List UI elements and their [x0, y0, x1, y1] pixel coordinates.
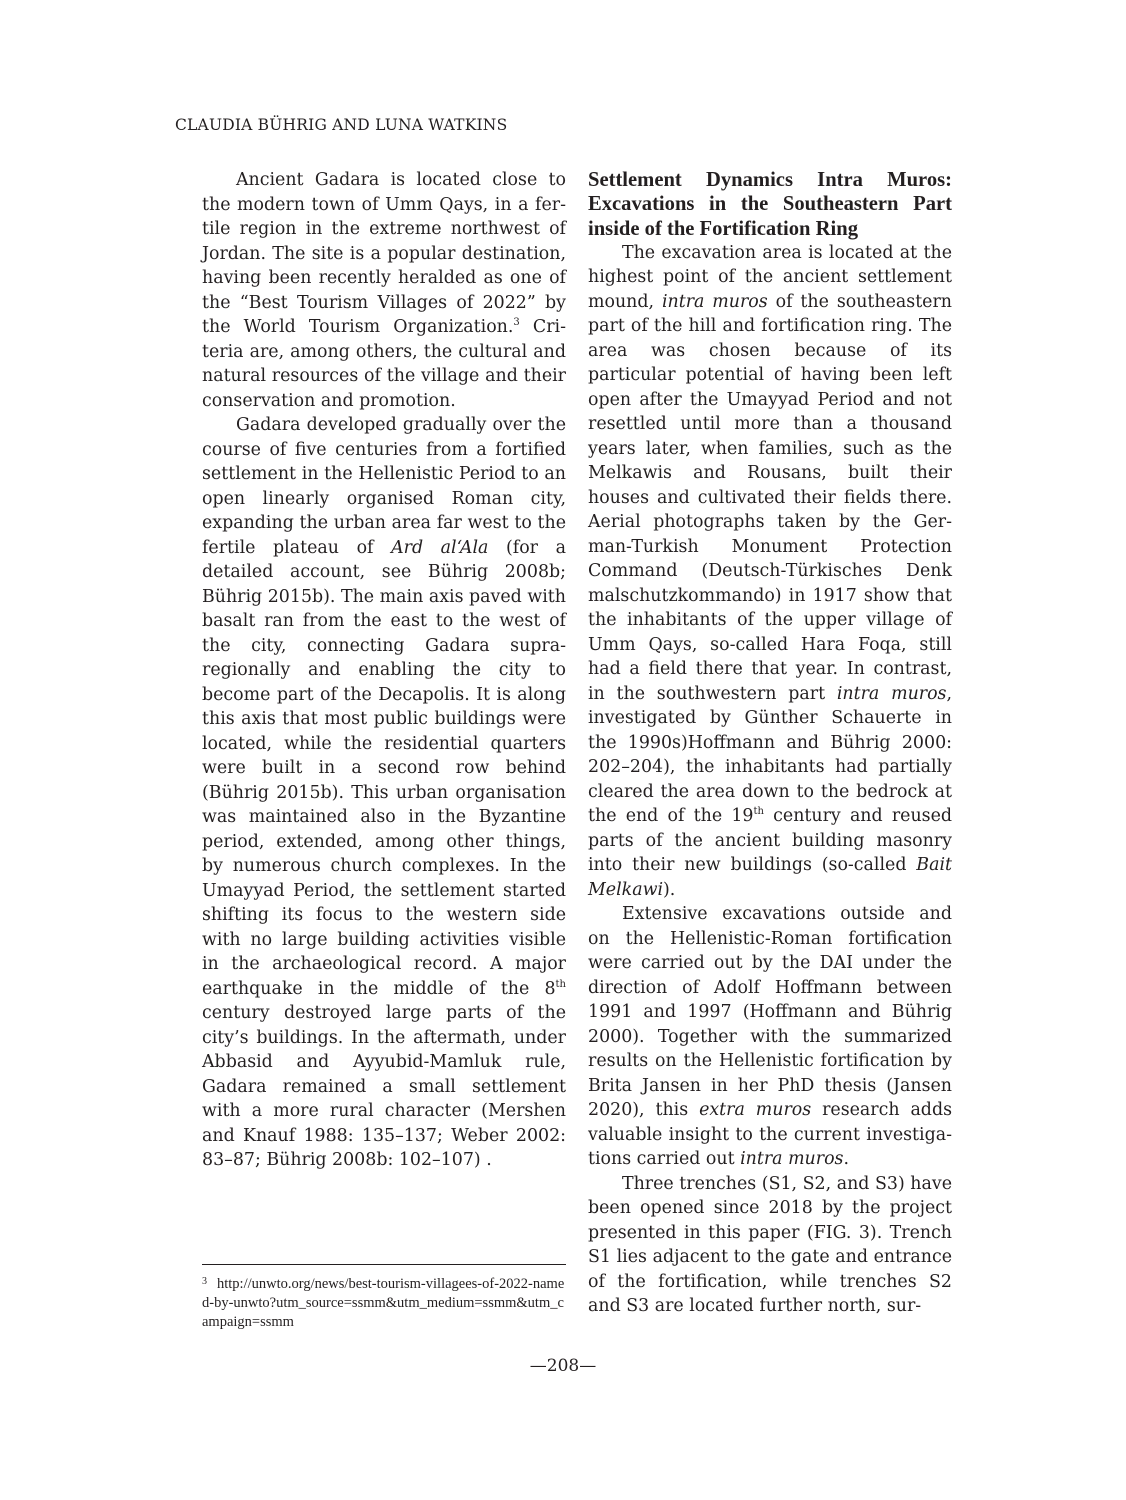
- section-heading: Settlement Dynamics Intra Muros: Excavat…: [588, 168, 952, 241]
- italic-term: extra muros: [699, 1100, 811, 1120]
- footnote-divider: [202, 1264, 566, 1265]
- running-head: CLAUDIA BÜHRIG AND LUNA WATKINS: [175, 116, 507, 134]
- italic-term: Bait Melkawi: [588, 855, 952, 900]
- italic-term: intra muros: [740, 1149, 843, 1169]
- italic-term: intra muros: [837, 684, 947, 704]
- right-column: Settlement Dynamics Intra Muros: Excavat…: [588, 168, 952, 1319]
- footnote: 3http://unwto.org/news/best-tourism-vill…: [202, 1272, 566, 1332]
- left-column: Ancient Gadara is located close to the m…: [202, 168, 566, 1173]
- paragraph: Three trenches (S1, S2, and S3) have bee…: [588, 1172, 952, 1319]
- paragraph: Gadara developed gradually over the cour…: [202, 413, 566, 1173]
- footnote-reference[interactable]: 3: [513, 317, 519, 328]
- ordinal-suffix: th: [753, 806, 763, 817]
- italic-term: intra muros: [662, 292, 768, 312]
- paragraph: Ancient Gadara is located close to the m…: [202, 168, 566, 413]
- italic-term: Ard al‘Ala: [391, 538, 488, 558]
- paragraph: Extensive excavations outside and on the…: [588, 902, 952, 1172]
- footnote-url[interactable]: http://unwto.org/news/best-tourism-villa…: [202, 1276, 564, 1330]
- paragraph: The excavation area is located at the hi…: [588, 241, 952, 903]
- page-number: —208—: [0, 1356, 1126, 1376]
- footnote-number: 3: [202, 1276, 207, 1287]
- ordinal-suffix: th: [556, 979, 566, 990]
